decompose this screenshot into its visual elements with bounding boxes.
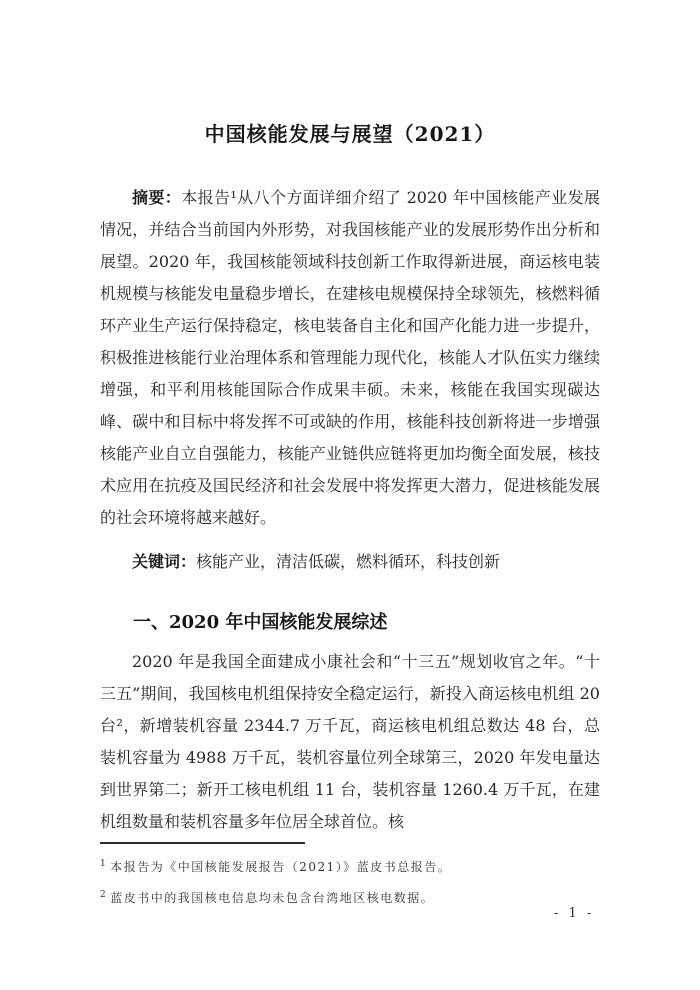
section-heading: 一、2020 年中国核能发展综述 — [100, 606, 633, 640]
footnote-divider — [100, 842, 305, 844]
abstract-label: 摘要： — [132, 188, 181, 207]
footnote-2-marker: 2 — [100, 890, 107, 900]
abstract-paragraph: 摘要：本报告¹从八个方面详细介绍了 2020 年中国核能产业发展情况，并结合当前… — [100, 182, 600, 534]
footnote-1-marker: 1 — [100, 859, 107, 869]
footnote-2: 2蓝皮书中的我国核电信息均未包含台湾地区核电数据。 — [100, 883, 620, 910]
footnote-1: 1本报告为《中国核能发展报告（2021）》蓝皮书总报告。 — [100, 852, 620, 879]
footnote-1-text: 本报告为《中国核能发展报告（2021）》蓝皮书总报告。 — [110, 860, 451, 874]
body-paragraph: 2020 年是我国全面建成小康社会和“十三五”规划收官之年。“十三五”期间，我国… — [100, 646, 600, 838]
page-title: 中国核能发展与展望（2021） — [0, 118, 700, 147]
footnotes-block: 1本报告为《中国核能发展报告（2021）》蓝皮书总报告。 2蓝皮书中的我国核电信… — [100, 842, 620, 914]
document-page: 中国核能发展与展望（2021） 摘要：本报告¹从八个方面详细介绍了 2020 年… — [0, 0, 700, 990]
footnote-2-text: 蓝皮书中的我国核电信息均未包含台湾地区核电数据。 — [110, 891, 434, 905]
page-number: - 1 - — [554, 906, 594, 921]
keywords-label: 关键词： — [132, 552, 196, 571]
abstract-text: 本报告¹从八个方面详细介绍了 2020 年中国核能产业发展情况，并结合当前国内外… — [100, 188, 600, 527]
keywords-text: 核能产业，清洁低碳，燃料循环，科技创新 — [196, 552, 500, 571]
keywords-line: 关键词：核能产业，清洁低碳，燃料循环，科技创新 — [100, 546, 600, 578]
